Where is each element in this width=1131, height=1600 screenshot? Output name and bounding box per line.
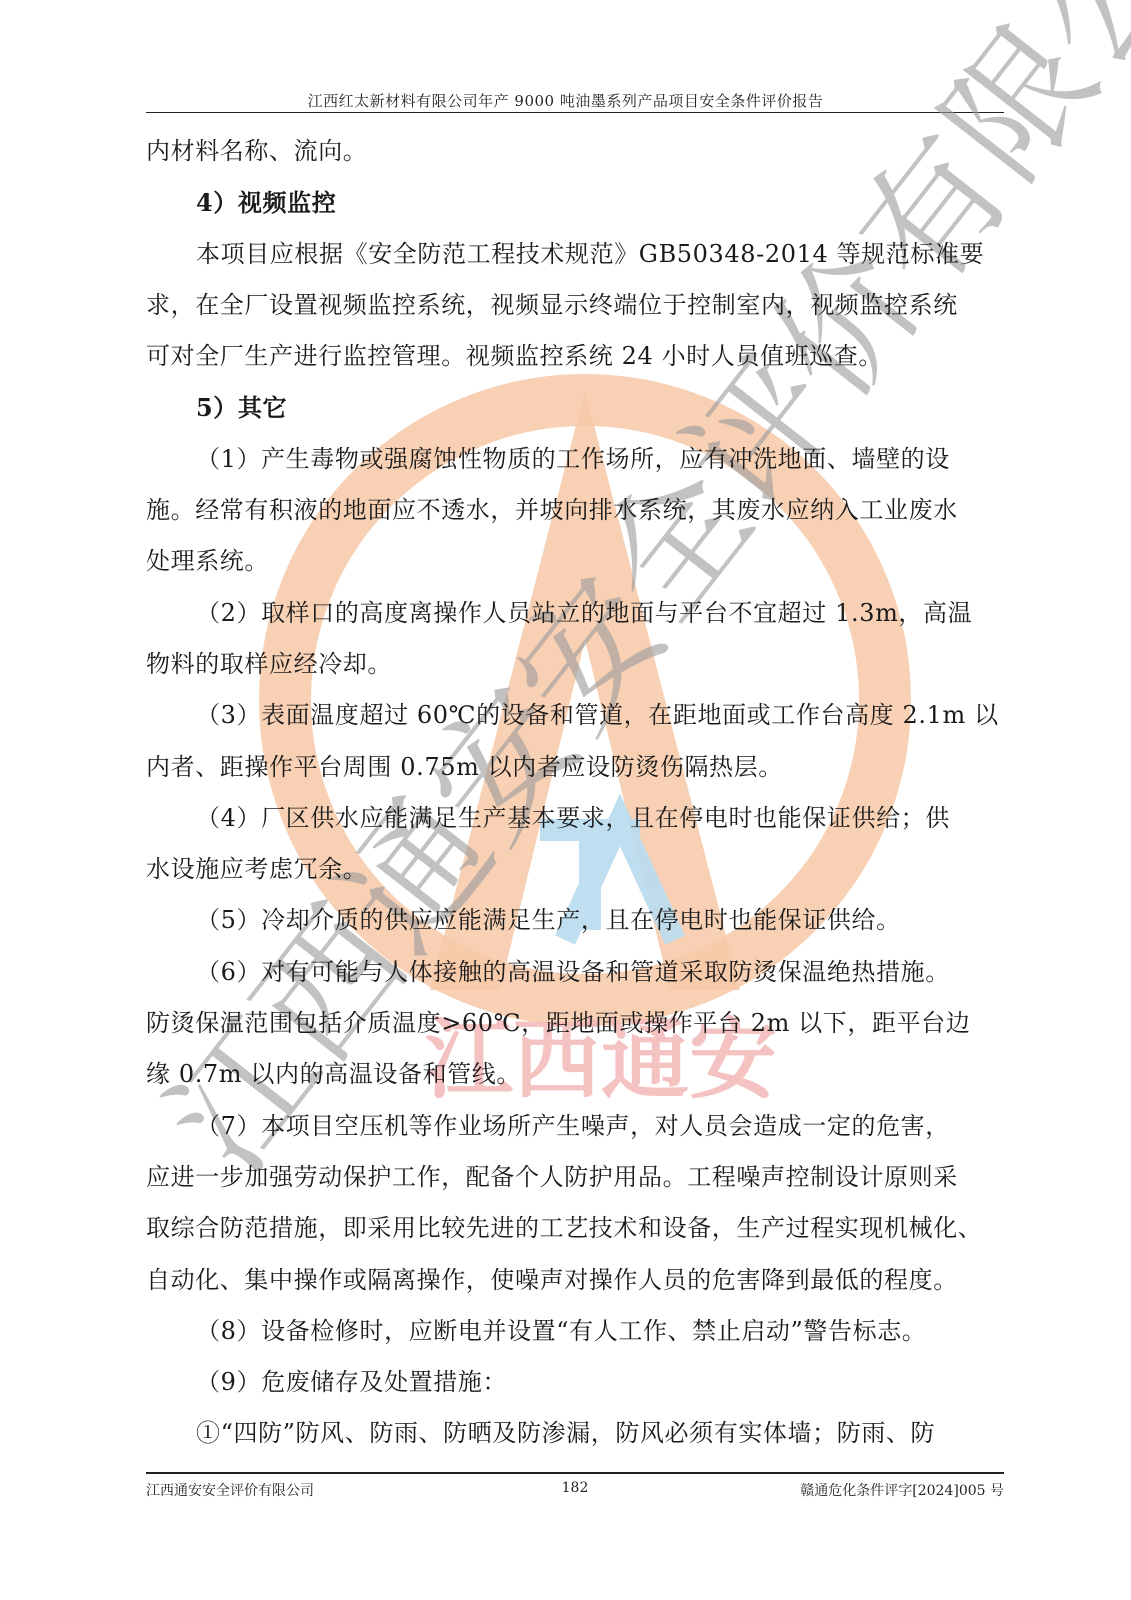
text-line: 内者、距操作平台周围 0.75m 以内者应设防烫伤隔热层。 (146, 742, 1006, 793)
text-line: （7）本项目空压机等作业场所产生噪声，对人员会造成一定的危害， (146, 1101, 1006, 1152)
document-body: 内材料名称、流向。4）视频监控本项目应根据《安全防范工程技术规范》GB50348… (146, 126, 1006, 1460)
footer-divider (146, 1472, 1004, 1474)
text-line: 应进一步加强劳动保护工作，配备个人防护用品。工程噪声控制设计原则采 (146, 1152, 1006, 1203)
page-header-title: 江西红太新材料有限公司年产 9000 吨油墨系列产品项目安全条件评价报告 (0, 90, 1131, 111)
text-line: （6）对有可能与人体接触的高温设备和管道采取防烫保温绝热措施。 (146, 947, 1006, 998)
text-line: （2）取样口的高度离操作人员站立的地面与平台不宜超过 1.3m，高温 (146, 588, 1006, 639)
text-line: 水设施应考虑冗余。 (146, 844, 1006, 895)
text-line: 防烫保温范围包括介质温度>60℃，距地面或操作平台 2m 以下，距平台边 (146, 998, 1006, 1049)
text-line: （9）危废储存及处置措施： (146, 1357, 1006, 1408)
text-line: 施。经常有积液的地面应不透水，并坡向排水系统，其废水应纳入工业废水 (146, 485, 1006, 536)
text-line: （5）冷却介质的供应应能满足生产，且在停电时也能保证供给。 (146, 895, 1006, 946)
text-line: 可对全厂生产进行监控管理。视频监控系统 24 小时人员值班巡查。 (146, 331, 1006, 382)
text-line: 求，在全厂设置视频监控系统，视频显示终端位于控制室内，视频监控系统 (146, 280, 1006, 331)
section-heading: 4）视频监控 (146, 177, 1006, 228)
text-line: ①“四防”防风、防雨、防晒及防渗漏，防风必须有实体墙；防雨、防 (146, 1408, 1006, 1459)
section-heading: 5）其它 (146, 382, 1006, 433)
text-line: 物料的取样应经冷却。 (146, 639, 1006, 690)
text-line: 取综合防范措施，即采用比较先进的工艺技术和设备，生产过程实现机械化、 (146, 1203, 1006, 1254)
text-line: 缘 0.7m 以内的高温设备和管线。 (146, 1049, 1006, 1100)
text-line: （4）厂区供水应能满足生产基本要求，且在停电时也能保证供给；供 (146, 793, 1006, 844)
text-line: （3）表面温度超过 60℃的设备和管道，在距地面或工作台高度 2.1m 以 (146, 690, 1006, 741)
footer-doc-number: 赣通危化条件评字[2024]005 号 (800, 1480, 1004, 1500)
text-line: （8）设备检修时，应断电并设置“有人工作、禁止启动”警告标志。 (146, 1306, 1006, 1357)
text-line: 处理系统。 (146, 536, 1006, 587)
text-line: 自动化、集中操作或隔离操作，使噪声对操作人员的危害降到最低的程度。 (146, 1255, 1006, 1306)
text-line: （1）产生毒物或强腐蚀性物质的工作场所，应有冲洗地面、墙壁的设 (146, 434, 1006, 485)
header-divider (146, 112, 1004, 113)
text-line: 内材料名称、流向。 (146, 126, 1006, 177)
text-line: 本项目应根据《安全防范工程技术规范》GB50348-2014 等规范标准要 (146, 229, 1006, 280)
